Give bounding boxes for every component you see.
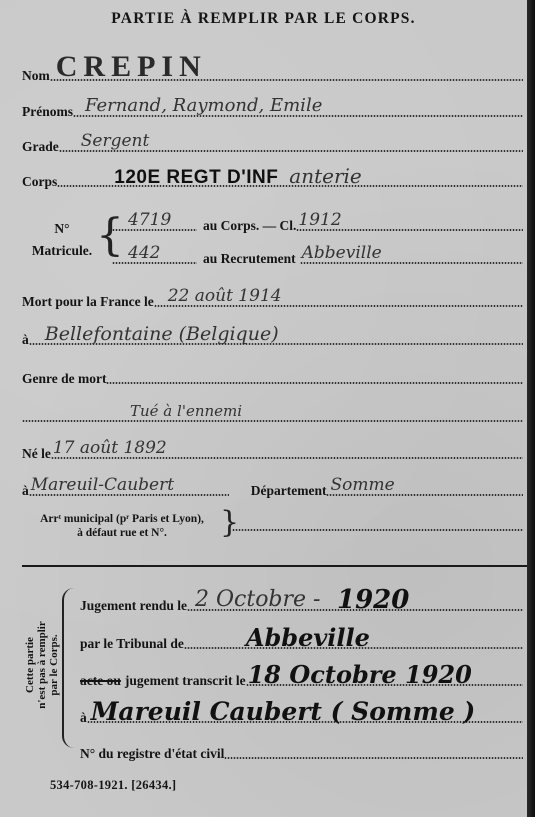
corps-stamp: 120E REGT D'INF [114,167,278,189]
mort-date-dotted-line: 22 août 1914 [154,305,523,307]
nom-dotted-line: CREPIN [50,79,523,81]
registre-label: N° du registre d'état civil [80,746,224,762]
prenoms-dotted-line: Fernand, Raymond, Emile [73,115,523,117]
transcrit-lieu-label: à [80,710,87,726]
naissance-date-dotted-line: 17 août 1892 [51,457,523,459]
field-genre-mort-value-line: Tué à l'ennemi [22,403,523,425]
field-transcrit: acte ou jugement transcrit le 18 Octobre… [80,667,523,689]
genre-mort-value: Tué à l'ennemi [130,401,242,421]
mort-lieu-label: à [22,332,29,348]
matricule-label-no: N° [22,218,102,240]
field-naissance-lieu: à Mareuil-Caubert Département Somme [22,477,523,499]
naissance-lieu-value: Mareuil-Caubert [31,475,174,495]
jugement-rendu-year: 1920 [337,590,409,610]
field-naissance-date: Né le 17 août 1892 [22,440,523,462]
field-nom: Nom CREPIN [22,62,523,84]
recrutement-value: Abbeville [302,243,382,263]
field-tribunal: par le Tribunal de Abbeville [80,630,523,652]
arrondissement-label: Arrᵗ municipal (pʳ Paris et Lyon), à déf… [22,512,222,540]
naissance-lieu-dotted-line: Mareuil-Caubert [29,494,229,496]
classe-value: 1912 [298,210,341,230]
side-note-line3: par le Corps. [48,621,60,709]
print-reference: 534-708-1921. [26434.] [50,778,176,793]
nom-value: CREPIN [56,50,207,84]
field-registre: N° du registre d'état civil [80,740,523,762]
mort-date-label: Mort pour la France le [22,294,154,310]
jugement-rendu-label: Jugement rendu le [80,598,187,614]
tribunal-dotted-line: Abbeville [184,647,523,649]
matricule-corps-label: au Corps. — Cl. [203,218,296,234]
mort-date-value: 22 août 1914 [168,286,282,306]
field-mort-date: Mort pour la France le 22 août 1914 [22,288,523,310]
mort-lieu-dotted-line: Bellefontaine (Belgique) [29,343,523,345]
transcrit-dotted-line: 18 Octobre 1920 [246,684,523,686]
transcrit-label: jugement transcrit le [125,673,246,689]
arrondissement-label-line2: à défaut rue et N°. [22,526,222,540]
field-corps: Corps 120E REGT D'INF anterie [22,168,523,190]
naissance-lieu-label: à [22,483,29,499]
card-edge [527,0,535,817]
arrondissement-value-line [232,512,523,534]
matricule-label-text: Matricule. [22,240,102,262]
matricule-recrutement-number: 442 [128,243,160,263]
registre-dotted-line [224,757,523,759]
form-title: PARTIE À REMPLIR PAR LE CORPS. [0,10,527,28]
genre-mort-value-dotted-line: Tué à l'ennemi [22,420,523,422]
arrondissement-dotted-line [232,529,523,531]
tribunal-value: Abbeville [246,628,370,648]
jugement-rendu-dotted-line: 2 Octobre - 1920 [187,609,523,611]
prenoms-label: Prénoms [22,104,73,120]
classe-dotted-line: 1912 [296,229,523,231]
corps-value: anterie [289,166,361,186]
matricule-corps-row: 4719 au Corps. — Cl. 1912 [112,212,523,234]
arrondissement-label-line1: Arrᵗ municipal (pʳ Paris et Lyon), [22,512,222,526]
matricule-recrutement-row: 442 au Recrutement Abbeville [112,245,523,267]
side-note-line1: Cette partie [24,621,36,709]
nom-label: Nom [22,68,50,84]
jugement-rendu-day-month: 2 Octobre - [195,590,320,610]
section-divider [22,565,527,567]
departement-value: Somme [330,475,394,495]
transcrit-lieu-dotted-line: Mareuil Caubert ( Somme ) [87,721,523,723]
naissance-date-value: 17 août 1892 [53,438,167,458]
departement-label: Département [251,483,327,499]
matricule-corps-number: 4719 [128,210,171,230]
departement-dotted-line: Somme [326,494,523,496]
grade-dotted-line: Sergent [59,150,523,152]
genre-mort-label: Genre de mort [22,371,106,387]
genre-mort-dotted-line [106,382,523,384]
prenoms-value: Fernand, Raymond, Emile [85,96,322,116]
corps-dotted-line: 120E REGT D'INF anterie [57,185,523,187]
death-record-card: PARTIE À REMPLIR PAR LE CORPS. Nom CREPI… [0,0,527,817]
recrutement-label: au Recrutement [203,251,296,267]
transcrit-struck-label: acte ou [80,673,121,689]
naissance-date-label: Né le [22,446,51,462]
field-genre-mort: Genre de mort [22,365,523,387]
field-mort-lieu: à Bellefontaine (Belgique) [22,326,523,348]
matricule-label: N° Matricule. [22,218,102,262]
field-grade: Grade Sergent [22,133,523,155]
corps-label: Corps [22,174,57,190]
grade-value: Sergent [81,131,150,151]
field-jugement-rendu: Jugement rendu le 2 Octobre - 1920 [80,592,523,614]
tribunal-label: par le Tribunal de [80,636,184,652]
grade-label: Grade [22,139,59,155]
matricule-corps-dots: 4719 [112,229,197,231]
recrutement-dotted-line: Abbeville [300,262,523,264]
side-note-line2: n'est pas à remplir [36,621,48,709]
transcrit-value: 18 Octobre 1920 [248,665,472,685]
field-transcrit-lieu: à Mareuil Caubert ( Somme ) [80,704,523,726]
matricule-recrutement-dots: 442 [112,262,197,264]
mort-lieu-value: Bellefontaine (Belgique) [45,324,279,344]
transcrit-lieu-value: Mareuil Caubert ( Somme ) [91,702,476,722]
jugement-brace [62,588,76,748]
field-prenoms: Prénoms Fernand, Raymond, Emile [22,98,523,120]
